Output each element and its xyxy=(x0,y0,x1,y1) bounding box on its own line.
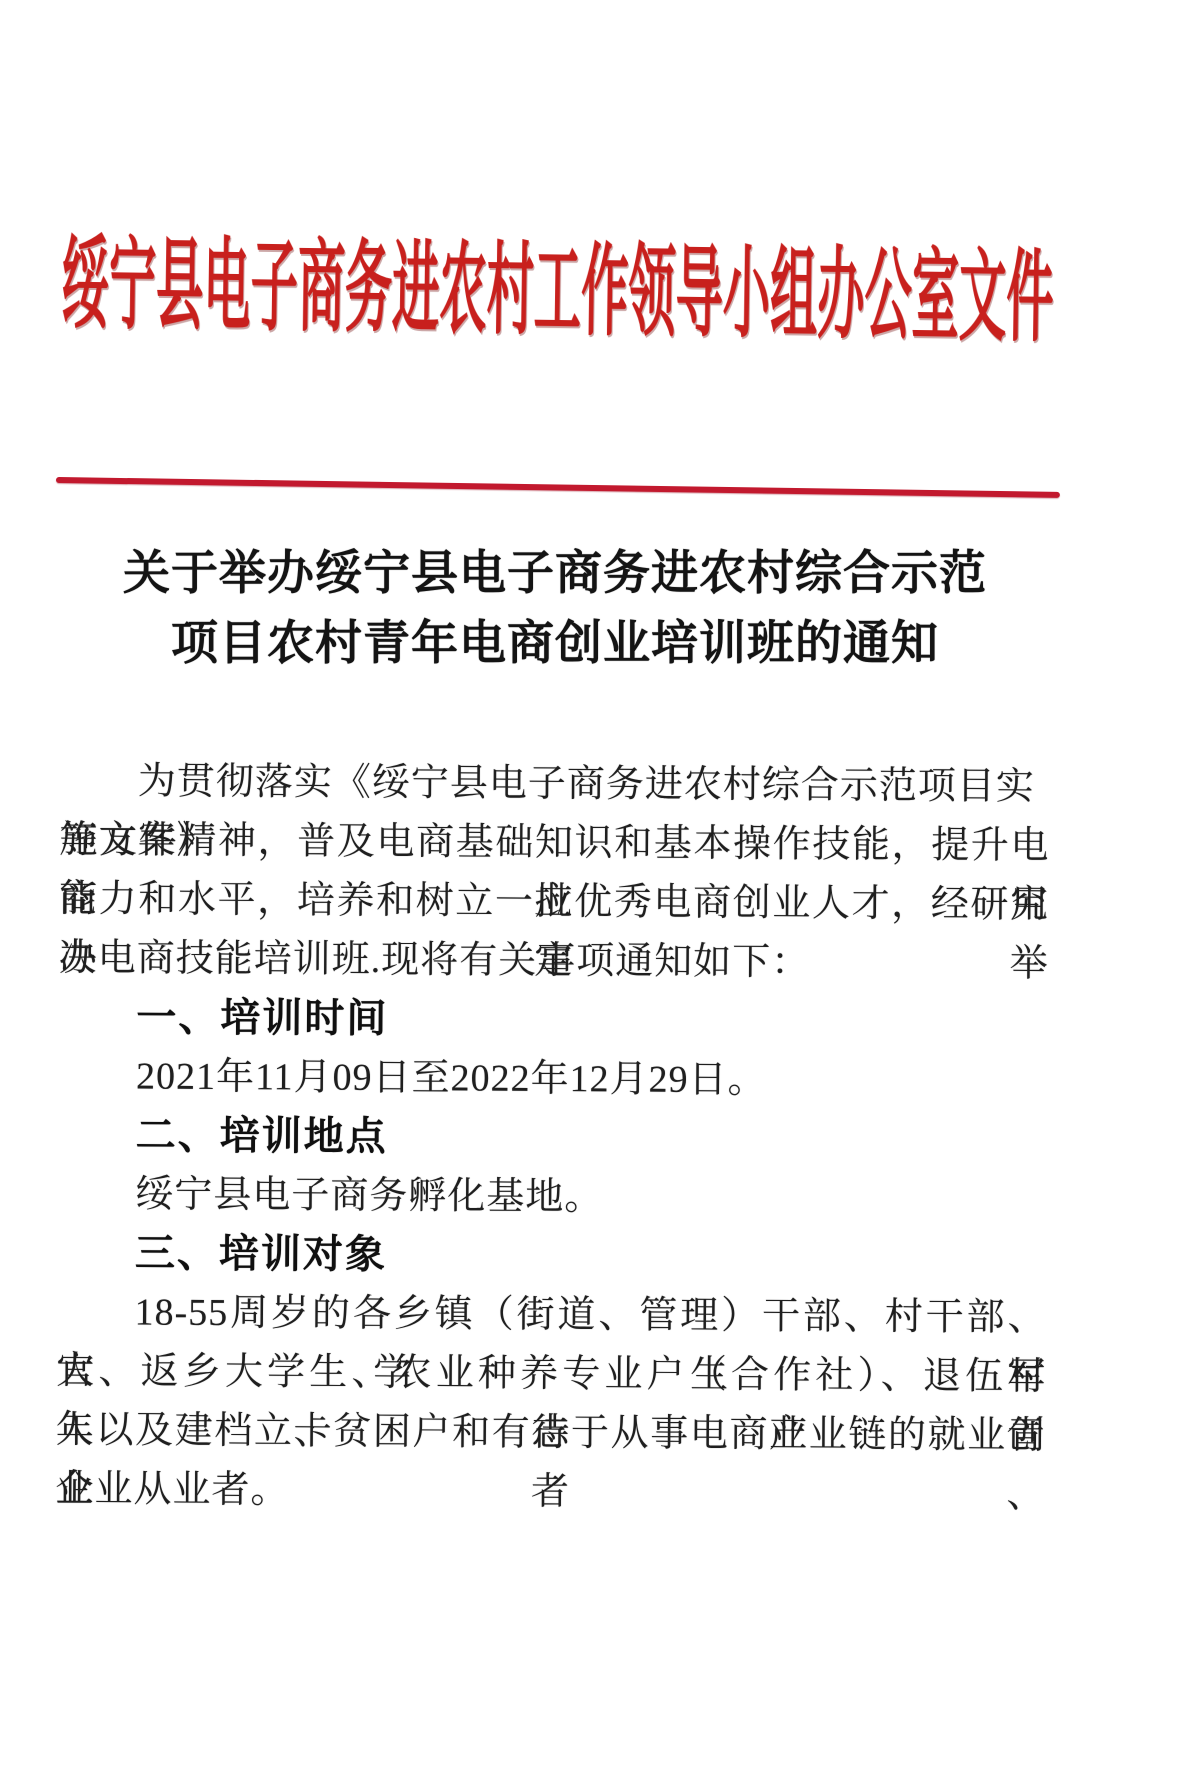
red-header-title: 绥宁县电子商务进农村工作领导小组办公室文件 xyxy=(61,229,1054,354)
body-line: 为贯彻落实《绥宁县电子商务进农村综合示范项目实施方案》 xyxy=(60,752,1050,817)
red-header-svg: 绥宁县电子商务进农村工作领导小组办公室文件 xyxy=(56,222,1063,364)
section-heading-2: 二、培训地点 xyxy=(57,1106,1047,1171)
body-line: 官、返乡大学生、农业种养专业户（合作社）、退伍军人、待业青 xyxy=(56,1342,1046,1407)
body-line: 能力和水平，培养和树立一批优秀电商创业人才，经研究决定举 xyxy=(59,870,1049,935)
doc-title-line-2: 项目农村青年电商创业培训班的通知 xyxy=(60,608,1050,678)
section-heading-3: 三、培训对象 xyxy=(57,1224,1047,1289)
doc-title-line-1: 关于举办绥宁县电子商务进农村综合示范 xyxy=(60,538,1050,608)
doc-title: 关于举办绥宁县电子商务进农村综合示范 项目农村青年电商创业培训班的通知 xyxy=(60,538,1050,678)
document-page: 绥宁县电子商务进农村工作领导小组办公室文件 关于举办绥宁县电子商务进农村综合示范… xyxy=(0,0,1192,1792)
section-heading-1: 一、培训时间 xyxy=(58,988,1048,1053)
doc-body: 为贯彻落实《绥宁县电子商务进农村综合示范项目实施方案》 等文件精神，普及电商基础… xyxy=(55,752,1050,1525)
red-header-banner: 绥宁县电子商务进农村工作领导小组办公室文件 xyxy=(56,222,1063,364)
body-line: 等文件精神，普及电商基础知识和基本操作技能，提升电商应用 xyxy=(59,811,1049,876)
red-divider-rule xyxy=(56,477,1060,498)
training-place-value: 绥宁县电子商务孵化基地。 xyxy=(57,1165,1047,1230)
body-line: 年以及建档立卡贫困户和有志于从事电商产业链的就业创业者、 xyxy=(56,1401,1046,1466)
training-time-value: 2021年11月09日至2022年12月29日。 xyxy=(58,1047,1048,1112)
body-line: 18-55周岁的各乡镇（街道、管理）干部、村干部、大学生村 xyxy=(56,1283,1046,1348)
